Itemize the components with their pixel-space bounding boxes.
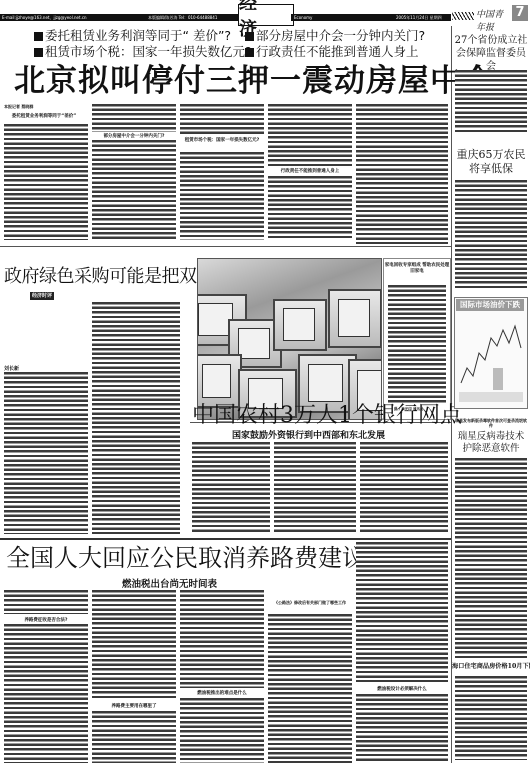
masthead-bar-left: E-mail:jjzhoye@163.net，jjzg@yeol.net.cn …	[0, 14, 240, 21]
road-column-3b	[180, 698, 264, 763]
bullet-square-icon	[245, 48, 254, 57]
haikou-headline[interactable]: 海口住宅商品房价格10月下降	[452, 662, 530, 672]
road-column-2a	[92, 590, 176, 700]
page-number: 7	[512, 5, 528, 21]
rural-column-3	[360, 442, 448, 532]
lead-column-3a	[180, 104, 264, 134]
photo-caption-text	[388, 285, 446, 403]
lead-headline[interactable]: 北京拟叫停付三押一震动房屋中介	[14, 62, 494, 100]
lead-subhead-4: 行政责任不能推到普通人身上	[268, 168, 352, 174]
teaser-3[interactable]: 部分房屋中介会一分钟内关门?	[245, 28, 425, 44]
lead-byline: 本报记者 蔡晓群	[4, 104, 33, 110]
road-subhead-4: 《公路法》修改后有关部门做了哪些工作	[268, 600, 352, 606]
lead-column-1	[4, 124, 88, 240]
lead-column-4b	[268, 176, 352, 240]
chongqing-headline[interactable]: 重庆65万农民将享低保	[454, 148, 528, 176]
news-photo-tvs[interactable]	[197, 258, 382, 420]
road-fee-subheadline: 燃油税出台尚无时间表	[122, 576, 217, 590]
oil-price-chart[interactable]	[454, 297, 528, 409]
green-byline: 刘长新	[4, 365, 19, 372]
lead-subhead-3: 租赁市场个税：国家一年损失数亿元?	[180, 137, 264, 143]
road-subhead-5: 燃油税设计必须解决什么	[356, 686, 448, 692]
section-divider	[0, 246, 451, 247]
road-column-1a	[4, 590, 88, 614]
green-column-1	[4, 372, 88, 534]
photo-caption-box: 家电回收专家组成 帮助农民处理旧家电 摄 / 李光印 通讯员	[383, 258, 451, 420]
commentary-tag: 经济时评	[30, 292, 54, 300]
road-column-4	[268, 614, 352, 763]
rural-column-1	[192, 442, 270, 532]
oil-price-chart-graphic	[455, 298, 527, 408]
lead-subhead-1: 委托租赁业务利润等同于“差价”	[4, 113, 84, 119]
social-security-headline[interactable]: 27个省份成立社会保障监督委员会	[454, 34, 528, 73]
bottom-divider	[0, 538, 451, 540]
bullet-square-icon	[34, 32, 43, 41]
chongqing-text	[455, 180, 527, 288]
road-column-5a	[356, 542, 448, 682]
road-column-5b	[356, 694, 448, 763]
bullet-square-icon	[245, 32, 254, 41]
teaser-2[interactable]: 租赁市场个税：国家一年损失数亿元?	[34, 44, 252, 60]
newspaper-logo: 中国青年报	[476, 7, 510, 21]
section-en: Economy	[294, 14, 312, 21]
teaser-4[interactable]: 行政责任不能推到普通人身上	[245, 44, 419, 60]
rising-headline[interactable]: 瑞星反病毒技术护除恶意软件	[454, 431, 528, 455]
lead-subhead-2: 部分房屋中介会一分钟内关门?	[92, 133, 176, 139]
rising-kicker: 瑞星发布新版杀毒软件首次可查杀流氓软件	[454, 418, 528, 428]
rural-bank-subheadline: 国家鼓励外资银行到中西部和东北发展	[232, 428, 385, 441]
photo-sidebar-title: 家电回收专家组成 帮助农民处理旧家电	[384, 263, 450, 275]
chart-title: 国际市场油价下跌	[456, 299, 524, 311]
section-title: 经 济	[238, 4, 294, 26]
lead-column-2a	[92, 104, 176, 132]
rural-column-2	[274, 442, 356, 532]
bullet-square-icon	[34, 48, 43, 57]
lead-column-2b	[92, 140, 176, 240]
hatch-decoration	[452, 12, 474, 20]
lead-column-4a	[268, 104, 352, 166]
rural-bank-headline[interactable]: 中国农村3万人1个银行网点	[192, 402, 462, 430]
green-column-2	[92, 302, 180, 534]
road-column-1b	[4, 624, 88, 763]
lead-column-5	[356, 104, 448, 244]
road-fee-headline[interactable]: 全国人大回应公民取消养路费建议	[6, 542, 366, 574]
road-subhead-2: 养路费主要用在哪里了	[92, 703, 176, 709]
issue-date: 2005年11月24日 星期四	[396, 14, 442, 21]
road-column-2b	[92, 711, 176, 763]
road-column-3a	[180, 590, 264, 688]
teaser-1[interactable]: 委托租赁业务利润等同于“ 差价”?	[34, 28, 231, 44]
road-subhead-3: 燃油税推出的难点是什么	[180, 690, 264, 696]
column-divider	[451, 26, 452, 763]
masthead-bar-right: Economy 2005年11月24日 星期四	[291, 14, 451, 21]
road-subhead-1: 养路费征收是否合法?	[4, 617, 88, 623]
editor-info: 本版编辑/陈芳涛 Tel：010-64488841	[148, 14, 217, 21]
haikou-text	[455, 676, 527, 760]
contact-email: E-mail:jjzhoye@163.net，jjzg@yeol.net.cn	[2, 14, 87, 21]
lead-column-3b	[180, 152, 264, 240]
social-security-text	[455, 70, 527, 134]
rising-text	[455, 458, 527, 658]
